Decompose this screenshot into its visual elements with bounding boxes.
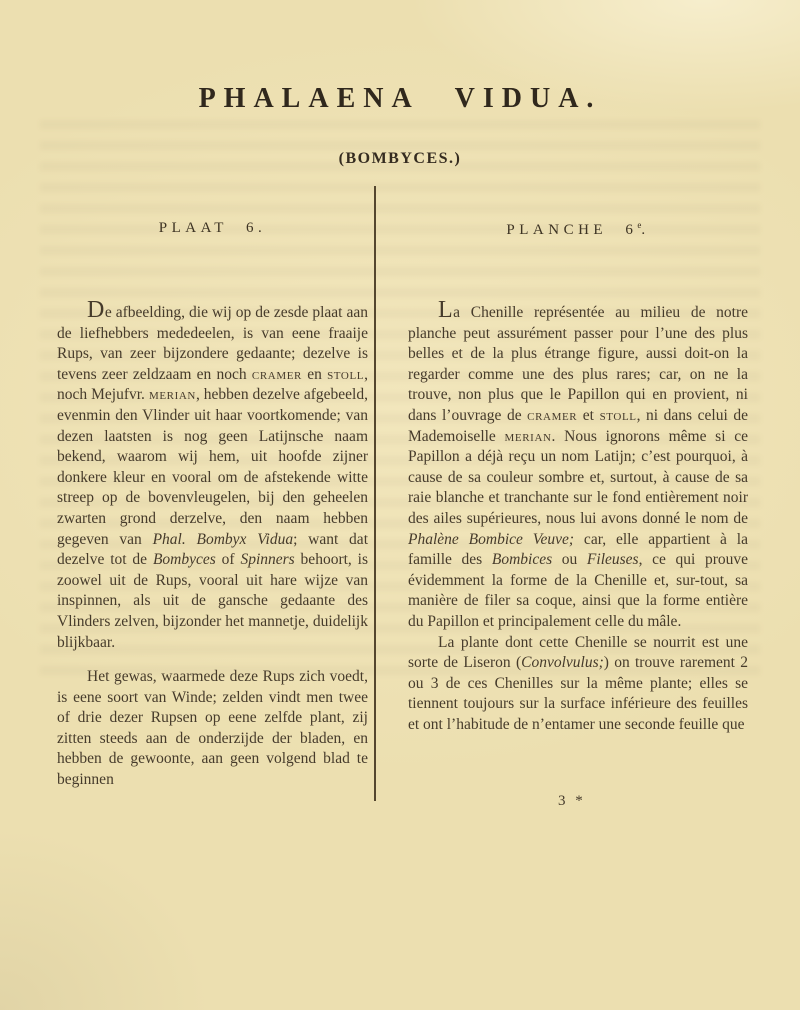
text-run: PLANCHE 6 — [506, 222, 637, 238]
text-run: cramer — [527, 407, 577, 424]
text-run: , hebben dezelve afgebeeld, evenmin den … — [57, 386, 368, 547]
column-divider — [374, 186, 376, 801]
text-run: ou — [552, 551, 587, 568]
paragraph: Het gewas, waarmede deze Rups zich voedt… — [57, 667, 368, 791]
text-run: Phalène Bombice Veuve; — [408, 531, 574, 548]
text-run: Phal. Bombyx Vidua — [153, 531, 294, 548]
left-column-body: De afbeelding, die wij op de zesde plaat… — [57, 300, 368, 805]
text-run: stoll — [600, 407, 637, 424]
text-run: D — [87, 297, 105, 323]
text-run: et — [577, 407, 599, 424]
paragraph: La Chenille représentée au milieu de not… — [408, 300, 748, 633]
text-run: en — [302, 366, 327, 383]
right-column-body: La Chenille représentée au milieu de not… — [408, 300, 748, 735]
text-run: . — [641, 222, 649, 238]
text-run: Bombyces — [153, 551, 216, 568]
text-run: cramer — [252, 366, 302, 383]
text-run: stoll — [327, 366, 364, 383]
text-run: L — [438, 297, 453, 323]
paragraph: De afbeelding, die wij op de zesde plaat… — [57, 300, 368, 653]
paragraph: La plante dont cette Chenille se nourrit… — [408, 633, 748, 736]
text-run: merian — [149, 386, 196, 403]
text-run: Fileuses — [587, 551, 639, 568]
text-run: merian — [505, 428, 552, 445]
left-column-header: PLAAT 6. — [57, 220, 368, 237]
text-run: Spinners — [240, 551, 294, 568]
page-title: PHALAENA VIDUA. — [0, 83, 800, 115]
text-run: Het gewas, waarmede deze Rups zich voedt… — [57, 668, 368, 788]
right-column-header: PLANCHE 6e. — [408, 220, 748, 239]
text-run: a Chenille représentée au milieu de notr… — [408, 304, 748, 424]
signature-mark: 3 * — [558, 793, 586, 810]
text-run: of — [216, 551, 241, 568]
page-subtitle: (BOMBYCES.) — [0, 150, 800, 168]
text-run: Bombices — [492, 551, 552, 568]
text-run: Convolvulus; — [521, 654, 604, 671]
book-page: PHALAENA VIDUA. (BOMBYCES.) PLAAT 6. PLA… — [0, 0, 800, 1010]
